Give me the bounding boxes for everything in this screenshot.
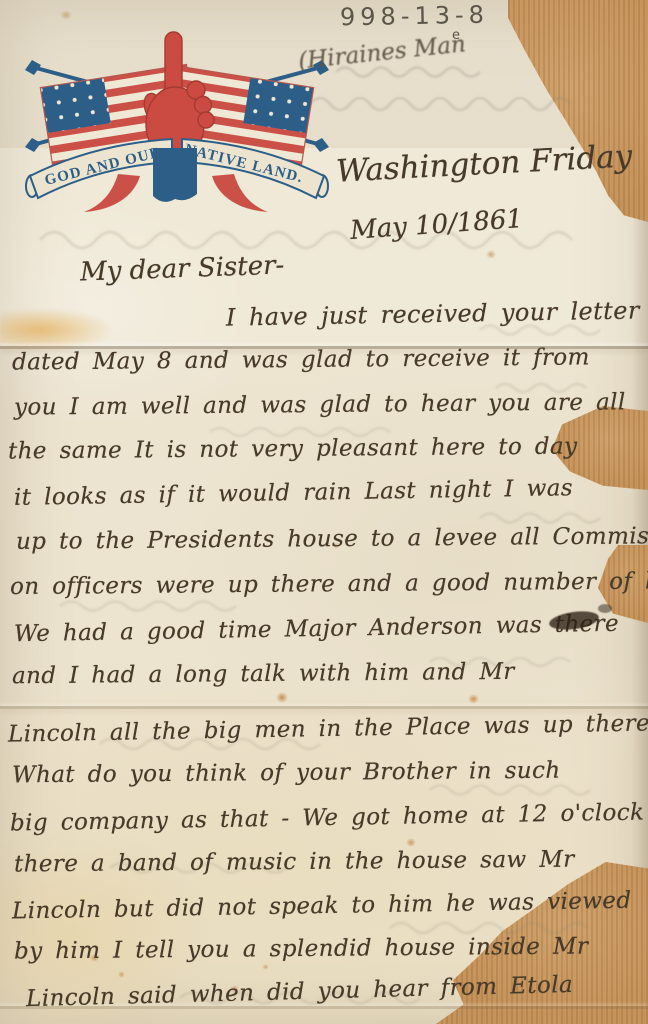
- letter-line: by him I tell you a splendid house insid…: [14, 933, 589, 964]
- letter-line: and I had a long talk with him and Mr: [12, 659, 515, 689]
- letter-line: there a band of music in the house saw M…: [14, 847, 575, 878]
- letter-line: dated May 8 and was glad to receive it f…: [12, 344, 590, 375]
- letter-line: What do you think of your Brother in suc…: [12, 758, 561, 789]
- letterhead-emblem: GOD AND OUR NATIVE LAND.: [22, 26, 332, 218]
- letter-line: on officers were up there and a good num…: [10, 568, 648, 600]
- catalog-number: 998-13-8: [340, 1, 489, 32]
- letter-line: up to the Presidents house to a levee al…: [16, 523, 648, 555]
- letter-line: you I am well and was glad to hear you a…: [14, 389, 626, 420]
- letter-line: the same It is not very pleasant here to…: [8, 434, 578, 465]
- letter-scan: GOD AND OUR NATIVE LAND. 998-13-8 e (Hir…: [0, 0, 648, 1024]
